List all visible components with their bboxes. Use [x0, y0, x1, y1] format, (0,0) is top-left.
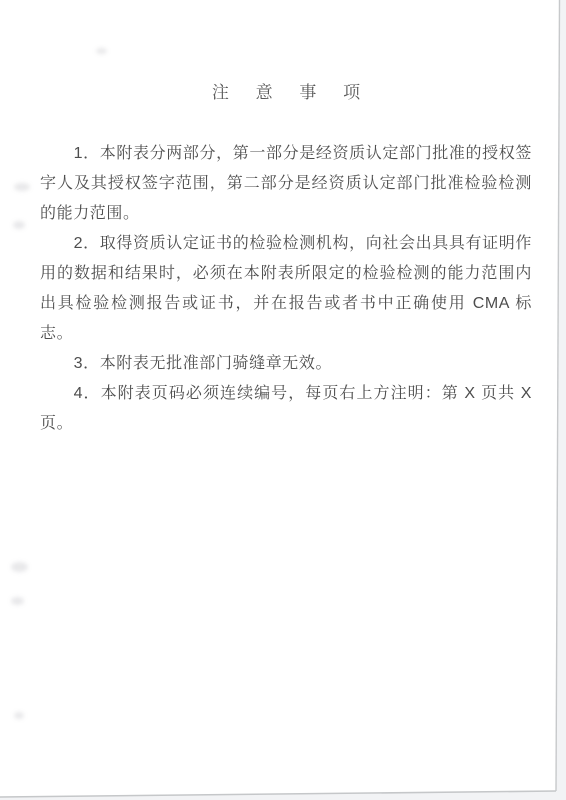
scan-smudge	[14, 183, 30, 191]
document-content: 注 意 事 项 1．本附表分两部分，第一部分是经资质认定部门批准的授权签字人及其…	[40, 82, 532, 439]
notice-item-3: 3．本附表无批准部门骑缝章无效。	[40, 349, 532, 379]
page-title: 注 意 事 项	[51, 82, 532, 104]
scan-smudge	[11, 562, 28, 572]
scan-smudge	[14, 712, 24, 719]
scanned-page: 注 意 事 项 1．本附表分两部分，第一部分是经资质认定部门批准的授权签字人及其…	[0, 0, 566, 800]
notice-item-1: 1．本附表分两部分，第一部分是经资质认定部门批准的授权签字人及其授权签字范围，第…	[40, 139, 532, 229]
scan-smudge	[13, 221, 25, 229]
scan-smudge	[96, 48, 107, 54]
notice-item-2: 2．取得资质认定证书的检验检测机构，向社会出具具有证明作用的数据和结果时，必须在…	[40, 229, 532, 349]
notice-item-4: 4．本附表页码必须连续编号，每页右上方注明：第 X 页共 X 页。	[40, 379, 532, 439]
scan-smudge	[11, 597, 24, 605]
